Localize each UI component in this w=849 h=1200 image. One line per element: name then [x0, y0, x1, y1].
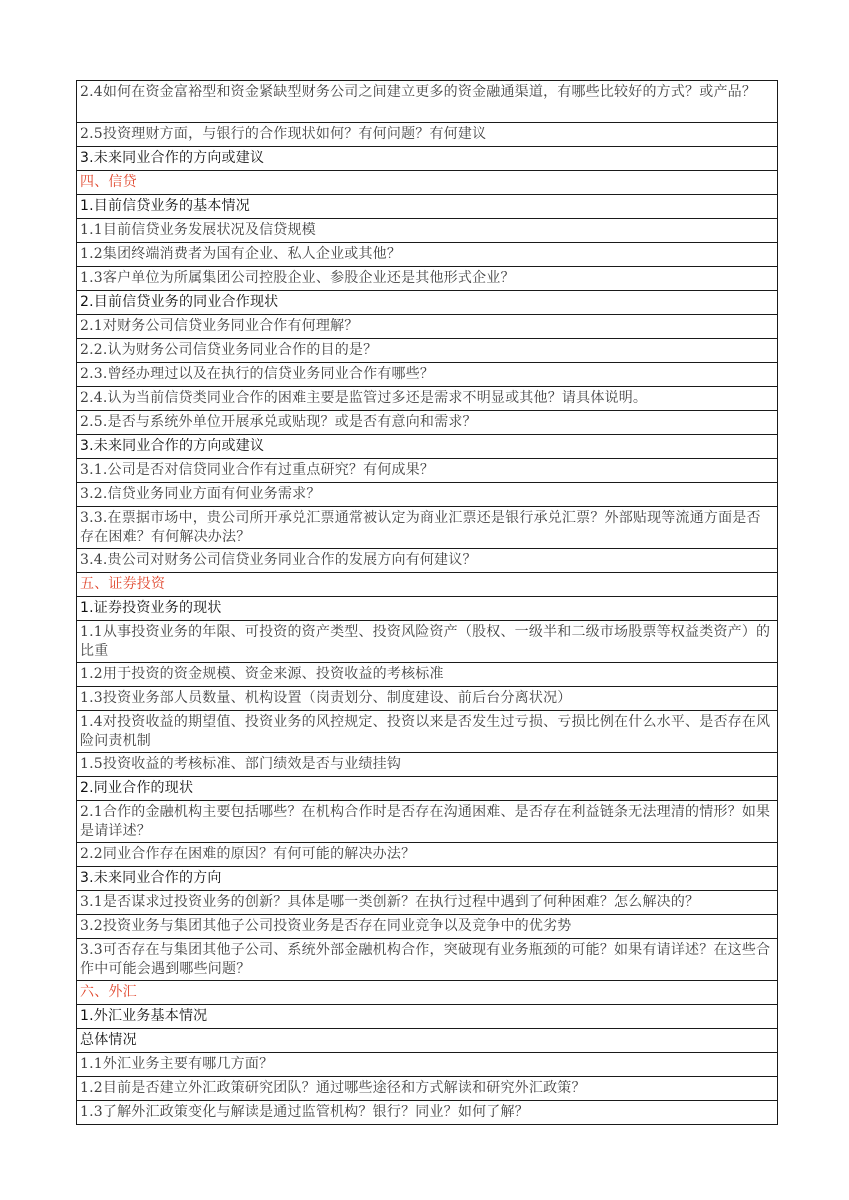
questionnaire-table: 2.4如何在资金富裕型和资金紧缺型财务公司之间建立更多的资金融通渠道，有哪些比较…	[76, 80, 778, 1125]
question-row: 2.2同业合作存在困难的原因？有何可能的解决办法？	[77, 843, 778, 867]
question-row: 1.2目前是否建立外汇政策研究团队？通过哪些途径和方式解读和研究外汇政策？	[77, 1077, 778, 1101]
subsection-heading: 3.未来同业合作的方向或建议	[77, 147, 778, 171]
question-row: 3.3.在票据市场中，贵公司所开承兑汇票通常被认定为商业汇票还是银行承兑汇票？外…	[77, 507, 778, 549]
subsection-heading: 2.目前信贷业务的同业合作现状	[77, 291, 778, 315]
question-row: 2.3.曾经办理过以及在执行的信贷业务同业合作有哪些？	[77, 363, 778, 387]
section-heading-securities: 五、证券投资	[77, 573, 778, 597]
subsection-heading: 1.证券投资业务的现状	[77, 597, 778, 621]
question-row: 3.1是否谋求过投资业务的创新？具体是哪一类创新？在执行过程中遇到了何种困难？怎…	[77, 891, 778, 915]
subsection-heading: 总体情况	[77, 1029, 778, 1053]
question-row: 2.1对财务公司信贷业务同业合作有何理解？	[77, 315, 778, 339]
question-row: 1.3客户单位为所属集团公司控股企业、参股企业还是其他形式企业？	[77, 267, 778, 291]
question-row: 1.5投资收益的考核标准、部门绩效是否与业绩挂钩	[77, 753, 778, 777]
question-row: 2.2.认为财务公司信贷业务同业合作的目的是？	[77, 339, 778, 363]
question-row: 1.4对投资收益的期望值、投资业务的风控规定、投资以来是否发生过亏损、亏损比例在…	[77, 711, 778, 753]
question-row: 3.1.公司是否对信贷同业合作有过重点研究？有何成果？	[77, 459, 778, 483]
question-row: 1.2用于投资的资金规模、资金来源、投资收益的考核标准	[77, 663, 778, 687]
section-heading-credit: 四、信贷	[77, 171, 778, 195]
subsection-heading: 1.目前信贷业务的基本情况	[77, 195, 778, 219]
section-heading-forex: 六、外汇	[77, 981, 778, 1005]
question-row: 2.1合作的金融机构主要包括哪些？在机构合作时是否存在沟通困难、是否存在利益链条…	[77, 801, 778, 843]
question-row: 3.2.信贷业务同业方面有何业务需求？	[77, 483, 778, 507]
question-row: 1.1从事投资业务的年限、可投资的资产类型、投资风险资产（股权、一级半和二级市场…	[77, 621, 778, 663]
question-row: 3.4.贵公司对财务公司信贷业务同业合作的发展方向有何建议？	[77, 549, 778, 573]
question-row: 1.3投资业务部人员数量、机构设置（岗责划分、制度建设、前后台分离状况）	[77, 687, 778, 711]
question-row: 1.3了解外汇政策变化与解读是通过监管机构？银行？同业？如何了解？	[77, 1101, 778, 1125]
subsection-heading: 1.外汇业务基本情况	[77, 1005, 778, 1029]
question-row: 1.1目前信贷业务发展状况及信贷规模	[77, 219, 778, 243]
question-row: 1.1外汇业务主要有哪几方面？	[77, 1053, 778, 1077]
question-row: 2.4.认为当前信贷类同业合作的困难主要是监管过多还是需求不明显或其他？请具体说…	[77, 387, 778, 411]
subsection-heading: 3.未来同业合作的方向或建议	[77, 435, 778, 459]
subsection-heading: 2.同业合作的现状	[77, 777, 778, 801]
question-row: 3.3可否存在与集团其他子公司、系统外部金融机构合作，突破现有业务瓶颈的可能？如…	[77, 939, 778, 981]
question-row: 2.5投资理财方面，与银行的合作现状如何？有何问题？有何建议	[77, 123, 778, 147]
question-row: 2.4如何在资金富裕型和资金紧缺型财务公司之间建立更多的资金融通渠道，有哪些比较…	[77, 81, 778, 123]
question-row: 2.5.是否与系统外单位开展承兑或贴现？或是否有意向和需求？	[77, 411, 778, 435]
subsection-heading: 3.未来同业合作的方向	[77, 867, 778, 891]
question-row: 1.2集团终端消费者为国有企业、私人企业或其他？	[77, 243, 778, 267]
question-row: 3.2投资业务与集团其他子公司投资业务是否存在同业竞争以及竞争中的优劣势	[77, 915, 778, 939]
